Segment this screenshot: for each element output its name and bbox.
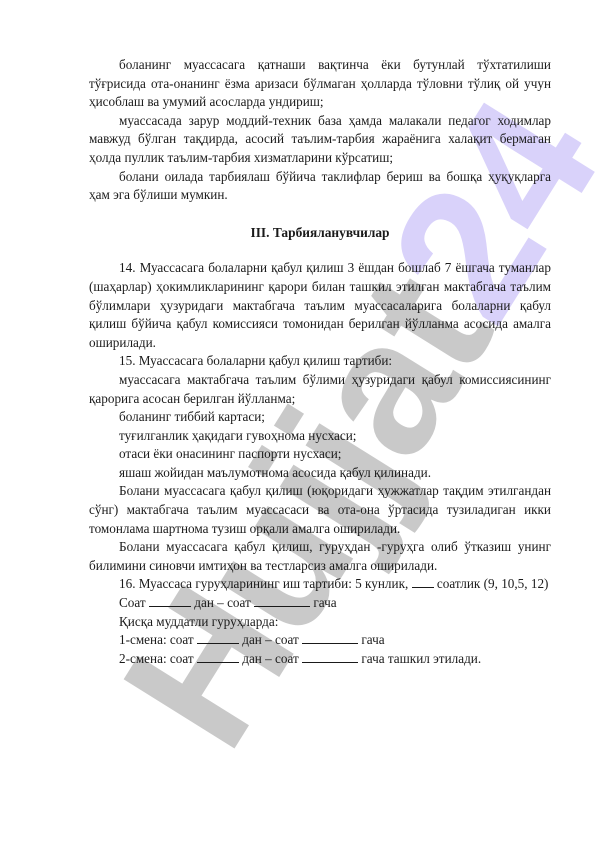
- paragraph-upbringing-proposals: болани оилада тарбиялаш бўйича таклифлар…: [89, 168, 551, 205]
- clause-15-item-passport: отаси ёки онасининг паспорти нусхаси;: [89, 445, 551, 464]
- shift-1-label: 1-смена: соат: [119, 632, 194, 647]
- shift-1-end-blank[interactable]: [302, 631, 358, 644]
- shift-1-from-suffix: дан – соат: [242, 632, 299, 647]
- paragraph-contract: Болани муассасага қабул қилиш (юқоридаги…: [89, 482, 551, 538]
- start-time-blank[interactable]: [149, 594, 191, 607]
- paragraph-transfer: Болани муассасага қабул қилиш, гуруҳдан …: [89, 538, 551, 575]
- shift-2-end-blank[interactable]: [302, 650, 358, 663]
- clause-15-item-medical-card: боланинг тиббий картаси;: [89, 408, 551, 427]
- clause-15-item-birth-certificate: туғилганлик ҳақидаги гувоҳнома нусхаси;: [89, 427, 551, 446]
- schedule-from-suffix: дан – соат: [194, 595, 251, 610]
- shift-2-end-text: гача ташкил этилади.: [361, 651, 481, 666]
- short-groups-label: Қисқа муддатли гуруҳларда:: [89, 613, 551, 632]
- clause-16-text: 16. Муассаса гуруҳларининг иш тартиби: 5…: [119, 576, 408, 591]
- paragraph-paid-services: муассасада зарур моддий-техник база ҳамд…: [89, 112, 551, 168]
- shift-2-start-blank[interactable]: [197, 650, 239, 663]
- clause-16: 16. Муассаса гуруҳларининг иш тартиби: 5…: [89, 575, 551, 594]
- shift-2: 2-смена: соат дан – соат гача ташкил эти…: [89, 650, 551, 669]
- shift-2-from-suffix: дан – соат: [242, 651, 299, 666]
- end-time-blank[interactable]: [254, 594, 310, 607]
- clause-16-hours-options: соатлик (9, 10,5, 12): [437, 576, 549, 591]
- section-heading: III. Тарбияланувчилар: [89, 224, 551, 243]
- clause-15-intro: 15. Муассасага болаларни қабул қилиш тар…: [89, 352, 551, 371]
- shift-1-to-suffix: гача: [361, 632, 384, 647]
- schedule-to-suffix: гача: [313, 595, 336, 610]
- paragraph-payment-collection: боланинг муассасага қатнаши вақтинча ёки…: [89, 56, 551, 112]
- clause-15-item-referral: муассасага мактабгача таълим бўлими ҳузу…: [89, 371, 551, 408]
- shift-1-start-blank[interactable]: [197, 631, 239, 644]
- schedule-main: Соат дан – соат гача: [89, 594, 551, 613]
- document-page: боланинг муассасага қатнаши вақтинча ёки…: [89, 56, 551, 668]
- schedule-hour-label: Соат: [119, 595, 146, 610]
- clause-15-item-residence: яшаш жойидан маълумотнома асосида қабул …: [89, 464, 551, 483]
- hours-blank[interactable]: [412, 575, 434, 588]
- clause-14: 14. Муассасага болаларни қабул қилиш 3 ё…: [89, 259, 551, 352]
- shift-1: 1-смена: соат дан – соат гача: [89, 631, 551, 650]
- shift-2-label: 2-смена: соат: [119, 651, 194, 666]
